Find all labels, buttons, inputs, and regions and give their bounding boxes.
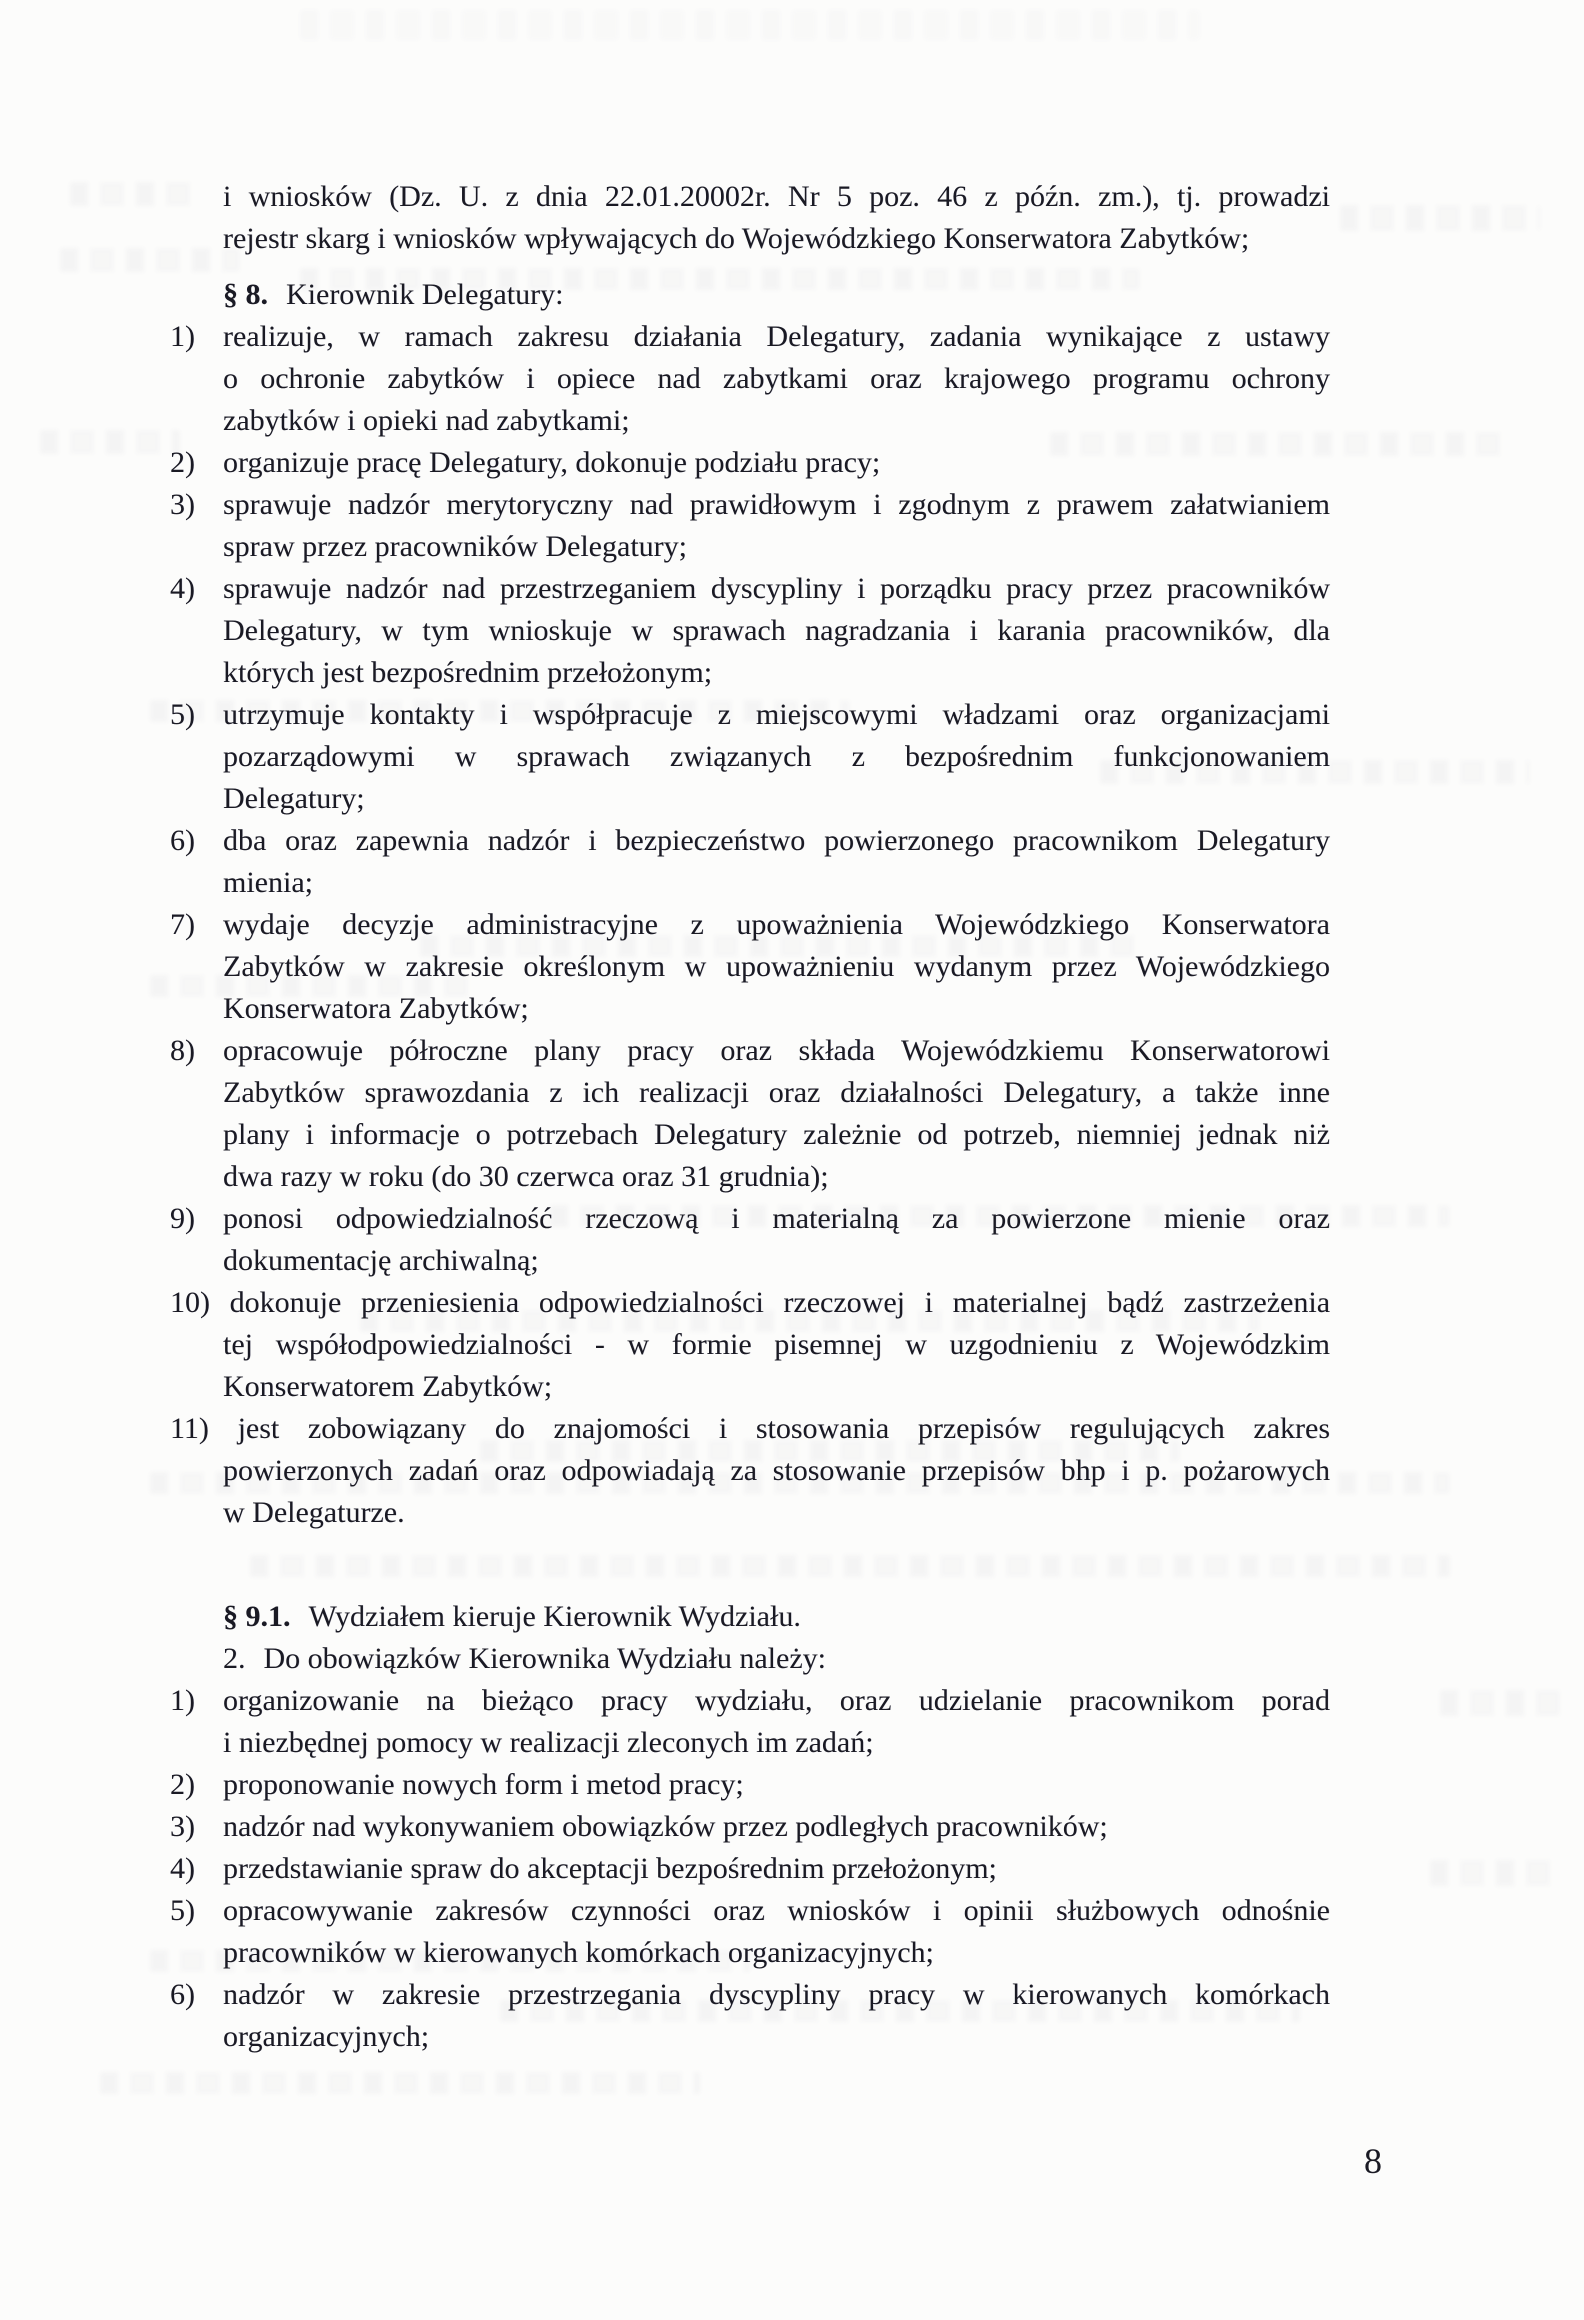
list-item-line: Delegatury, w tym wnioskuje w sprawach n… — [150, 610, 1330, 652]
list-item-line: 7)wydaje decyzje administracyjne z upowa… — [150, 904, 1330, 946]
list-item-line: 1)organizowanie na bieżąco pracy wydział… — [150, 1680, 1330, 1722]
text-run: pozarządowymi w sprawach związanych z be… — [223, 740, 1330, 773]
section-heading: § 9.1.Wydziałem kieruje Kierownik Wydzia… — [150, 1596, 1330, 1638]
scan-artifact — [100, 2072, 700, 2094]
text-run: sprawuje nadzór nad przestrzeganiem dysc… — [223, 572, 1330, 605]
scan-artifact — [1440, 1690, 1560, 1716]
text-run: jest zobowiązany do znajomości i stosowa… — [238, 1412, 1330, 1445]
list-marker: 2) — [170, 442, 195, 484]
list-item-line: 8)opracowuje półroczne plany pracy oraz … — [150, 1030, 1330, 1072]
text-run: Delegatury, w tym wnioskuje w sprawach n… — [223, 614, 1330, 647]
scan-artifact — [1430, 1860, 1560, 1886]
list-item-line: 5)utrzymuje kontakty i współpracuje z mi… — [150, 694, 1330, 736]
list-item-line: 2)proponowanie nowych form i metod pracy… — [150, 1764, 1330, 1806]
text-run: ponosi odpowiedzialność rzeczową i mater… — [223, 1202, 1330, 1235]
text-run: i niezbędnej pomocy w realizacji zlecony… — [223, 1726, 874, 1759]
list-item-line: spraw przez pracowników Delegatury; — [150, 526, 1330, 568]
text-run: tej współodpowiedzialności - w formie pi… — [223, 1328, 1330, 1361]
section-heading: § 8.Kierownik Delegatury: — [150, 274, 1330, 316]
list-item-line: i niezbędnej pomocy w realizacji zlecony… — [150, 1722, 1330, 1764]
list-marker: 1) — [170, 316, 195, 358]
scan-artifact — [300, 10, 1200, 40]
list-marker: 9) — [170, 1198, 195, 1240]
text-run: Wydziałem kieruje Kierownik Wydziału. — [309, 1600, 801, 1633]
text-run: przedstawianie spraw do akceptacji bezpo… — [223, 1852, 997, 1885]
document-page: i wniosków (Dz. U. z dnia 22.01.20002r. … — [0, 0, 1584, 2320]
paragraph-line: rejestr skarg i wniosków wpływających do… — [150, 218, 1330, 260]
list-marker: 6) — [170, 820, 195, 862]
list-item-line: Konserwatora Zabytków; — [150, 988, 1330, 1030]
text-run: realizuje, w ramach zakresu działania De… — [223, 320, 1330, 353]
list-marker: 3) — [170, 1806, 195, 1848]
text-run: w Delegaturze. — [223, 1496, 405, 1529]
text-run: spraw przez pracowników Delegatury; — [223, 530, 687, 563]
list-marker: 3) — [170, 484, 195, 526]
paragraph-line: i wniosków (Dz. U. z dnia 22.01.20002r. … — [150, 176, 1330, 218]
list-item-line: tej współodpowiedzialności - w formie pi… — [150, 1324, 1330, 1366]
list-item-line: dwa razy w roku (do 30 czerwca oraz 31 g… — [150, 1156, 1330, 1198]
page-number: 8 — [1364, 2140, 1382, 2182]
text-run: rejestr skarg i wniosków wpływających do… — [223, 222, 1249, 255]
list-item-line: o ochronie zabytków i opiece nad zabytka… — [150, 358, 1330, 400]
text-run: Kierownik Delegatury: — [286, 278, 563, 311]
list-marker: 4) — [170, 568, 195, 610]
list-marker: 10) — [170, 1286, 210, 1319]
section-number: 2. — [223, 1642, 246, 1675]
list-item-line: Delegatury; — [150, 778, 1330, 820]
list-item-line: 3)nadzór nad wykonywaniem obowiązków prz… — [150, 1806, 1330, 1848]
text-run: dokonuje przeniesienia odpowiedzialności… — [230, 1286, 1330, 1319]
text-run: powierzonych zadań oraz odpowiadają za s… — [223, 1454, 1330, 1487]
list-marker: 1) — [170, 1680, 195, 1722]
list-item-line: 9)ponosi odpowiedzialność rzeczową i mat… — [150, 1198, 1330, 1240]
list-item-line: Zabytków sprawozdania z ich realizacji o… — [150, 1072, 1330, 1114]
text-run: Konserwatora Zabytków; — [223, 992, 529, 1025]
text-run: utrzymuje kontakty i współpracuje z miej… — [223, 698, 1330, 731]
list-marker: 11) — [170, 1412, 209, 1445]
text-run: organizacyjnych; — [223, 2020, 429, 2053]
list-marker: 7) — [170, 904, 195, 946]
text-run: wydaje decyzje administracyjne z upoważn… — [223, 908, 1330, 941]
text-run: dokumentację archiwalną; — [223, 1244, 539, 1277]
text-run: o ochronie zabytków i opiece nad zabytka… — [223, 362, 1330, 395]
text-run: dba oraz zapewnia nadzór i bezpieczeństw… — [223, 824, 1330, 857]
list-item-line: pracowników w kierowanych komórkach orga… — [150, 1932, 1330, 1974]
text-run: plany i informacje o potrzebach Delegatu… — [223, 1118, 1330, 1151]
section-subheading: 2.Do obowiązków Kierownika Wydziału nale… — [150, 1638, 1330, 1680]
list-item-line: 10) dokonuje przeniesienia odpowiedzialn… — [150, 1282, 1330, 1324]
text-run: organizowanie na bieżąco pracy wydziału,… — [223, 1684, 1330, 1717]
list-marker: 8) — [170, 1030, 195, 1072]
list-item-line: 1)realizuje, w ramach zakresu działania … — [150, 316, 1330, 358]
list-marker: 6) — [170, 1974, 195, 2016]
text-run: Do obowiązków Kierownika Wydziału należy… — [264, 1642, 826, 1675]
text-run: nadzór w zakresie przestrzegania dyscypl… — [223, 1978, 1330, 2011]
list-item-line: w Delegaturze. — [150, 1492, 1330, 1534]
text-run: i wniosków (Dz. U. z dnia 22.01.20002r. … — [223, 180, 1330, 213]
text-run: nadzór nad wykonywaniem obowiązków przez… — [223, 1810, 1108, 1843]
text-run: Delegatury; — [223, 782, 365, 815]
list-item-line: zabytków i opieki nad zabytkami; — [150, 400, 1330, 442]
list-marker: 5) — [170, 1890, 195, 1932]
list-item-line: pozarządowymi w sprawach związanych z be… — [150, 736, 1330, 778]
list-item-line: 11) jest zobowiązany do znajomości i sto… — [150, 1408, 1330, 1450]
text-run: opracowywanie zakresów czynności oraz wn… — [223, 1894, 1330, 1927]
scan-artifact — [1340, 205, 1540, 231]
list-marker: 4) — [170, 1848, 195, 1890]
list-item-line: organizacyjnych; — [150, 2016, 1330, 2058]
list-item-line: plany i informacje o potrzebach Delegatu… — [150, 1114, 1330, 1156]
list-item-line: 6)dba oraz zapewnia nadzór i bezpieczeńs… — [150, 820, 1330, 862]
section-number: § 8. — [223, 278, 268, 311]
text-run: mienia; — [223, 866, 313, 899]
text-run: sprawuje nadzór merytoryczny nad prawidł… — [223, 488, 1330, 521]
list-item-line: 4)przedstawianie spraw do akceptacji bez… — [150, 1848, 1330, 1890]
text-block: i wniosków (Dz. U. z dnia 22.01.20002r. … — [150, 176, 1330, 2058]
list-item-line: dokumentację archiwalną; — [150, 1240, 1330, 1282]
text-run: proponowanie nowych form i metod pracy; — [223, 1768, 744, 1801]
list-item-line: Konserwatorem Zabytków; — [150, 1366, 1330, 1408]
text-run: zabytków i opieki nad zabytkami; — [223, 404, 630, 437]
list-item-line: 4)sprawuje nadzór nad przestrzeganiem dy… — [150, 568, 1330, 610]
text-run: Zabytków sprawozdania z ich realizacji o… — [223, 1076, 1330, 1109]
list-item-line: których jest bezpośrednim przełożonym; — [150, 652, 1330, 694]
list-item-line: Zabytków w zakresie określonym w upoważn… — [150, 946, 1330, 988]
list-item-line: 6)nadzór w zakresie przestrzegania dyscy… — [150, 1974, 1330, 2016]
text-run: których jest bezpośrednim przełożonym; — [223, 656, 712, 689]
list-item-line: mienia; — [150, 862, 1330, 904]
list-marker: 2) — [170, 1764, 195, 1806]
list-item-line: powierzonych zadań oraz odpowiadają za s… — [150, 1450, 1330, 1492]
list-item-line: 5)opracowywanie zakresów czynności oraz … — [150, 1890, 1330, 1932]
text-run: pracowników w kierowanych komórkach orga… — [223, 1936, 934, 1969]
text-run: dwa razy w roku (do 30 czerwca oraz 31 g… — [223, 1160, 829, 1193]
list-item-line: 2)organizuje pracę Delegatury, dokonuje … — [150, 442, 1330, 484]
list-item-line: 3)sprawuje nadzór merytoryczny nad prawi… — [150, 484, 1330, 526]
text-run: Zabytków w zakresie określonym w upoważn… — [223, 950, 1330, 983]
text-run: opracowuje półroczne plany pracy oraz sk… — [223, 1034, 1330, 1067]
list-marker: 5) — [170, 694, 195, 736]
section-number: § 9.1. — [223, 1600, 291, 1633]
text-run: Konserwatorem Zabytków; — [223, 1370, 552, 1403]
text-run: organizuje pracę Delegatury, dokonuje po… — [223, 446, 880, 479]
